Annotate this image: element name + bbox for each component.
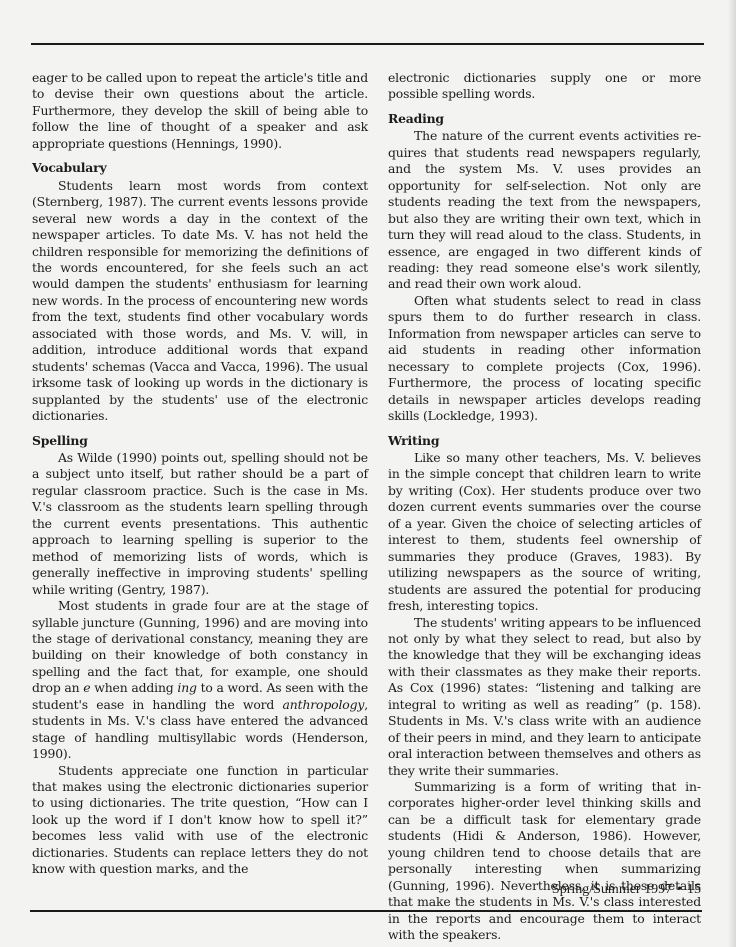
issue-label: Spring/Summer 1997 [552,882,672,897]
text-run: when adding [90,680,177,695]
continuation-paragraph: eager to be called upon to repeat the ar… [32,70,368,152]
bottom-rule [30,910,702,912]
writing-paragraph-2: The students' writing appears to be infl… [388,615,701,780]
spelling-paragraph-3: Students appreciate one function in part… [32,763,368,878]
page-number: 15 [687,882,701,897]
left-column: eager to be called upon to repeat the ar… [32,70,368,878]
page-edge-shadow [728,0,736,947]
section-heading-vocabulary: Vocabulary [32,160,368,176]
bullet-separator-icon: • [677,882,682,897]
reading-paragraph-1: The nature of the current events activit… [388,128,701,293]
top-rule [31,43,704,45]
right-column: electronic dictionaries supply one or mo… [388,70,701,944]
section-heading-reading: Reading [388,111,701,127]
page-footer: Spring/Summer 1997•15 [552,882,701,898]
writing-paragraph-3: Summarizing is a form of writing that in… [388,779,701,944]
continuation-paragraph: electronic dictionaries supply one or mo… [388,70,701,103]
italic-term: anthropology [283,697,365,712]
section-heading-writing: Writing [388,433,701,449]
vocabulary-paragraph-1: Students learn most words from context (… [32,178,368,425]
section-heading-spelling: Spelling [32,433,368,449]
italic-term: ing [177,680,196,695]
writing-paragraph-1: Like so many other teachers, Ms. V. beli… [388,450,701,615]
spelling-paragraph-2: Most students in grade four are at the s… [32,598,368,763]
reading-paragraph-2: Often what students select to read in cl… [388,293,701,425]
spelling-paragraph-1: As Wilde (1990) points out, spelling sho… [32,450,368,598]
